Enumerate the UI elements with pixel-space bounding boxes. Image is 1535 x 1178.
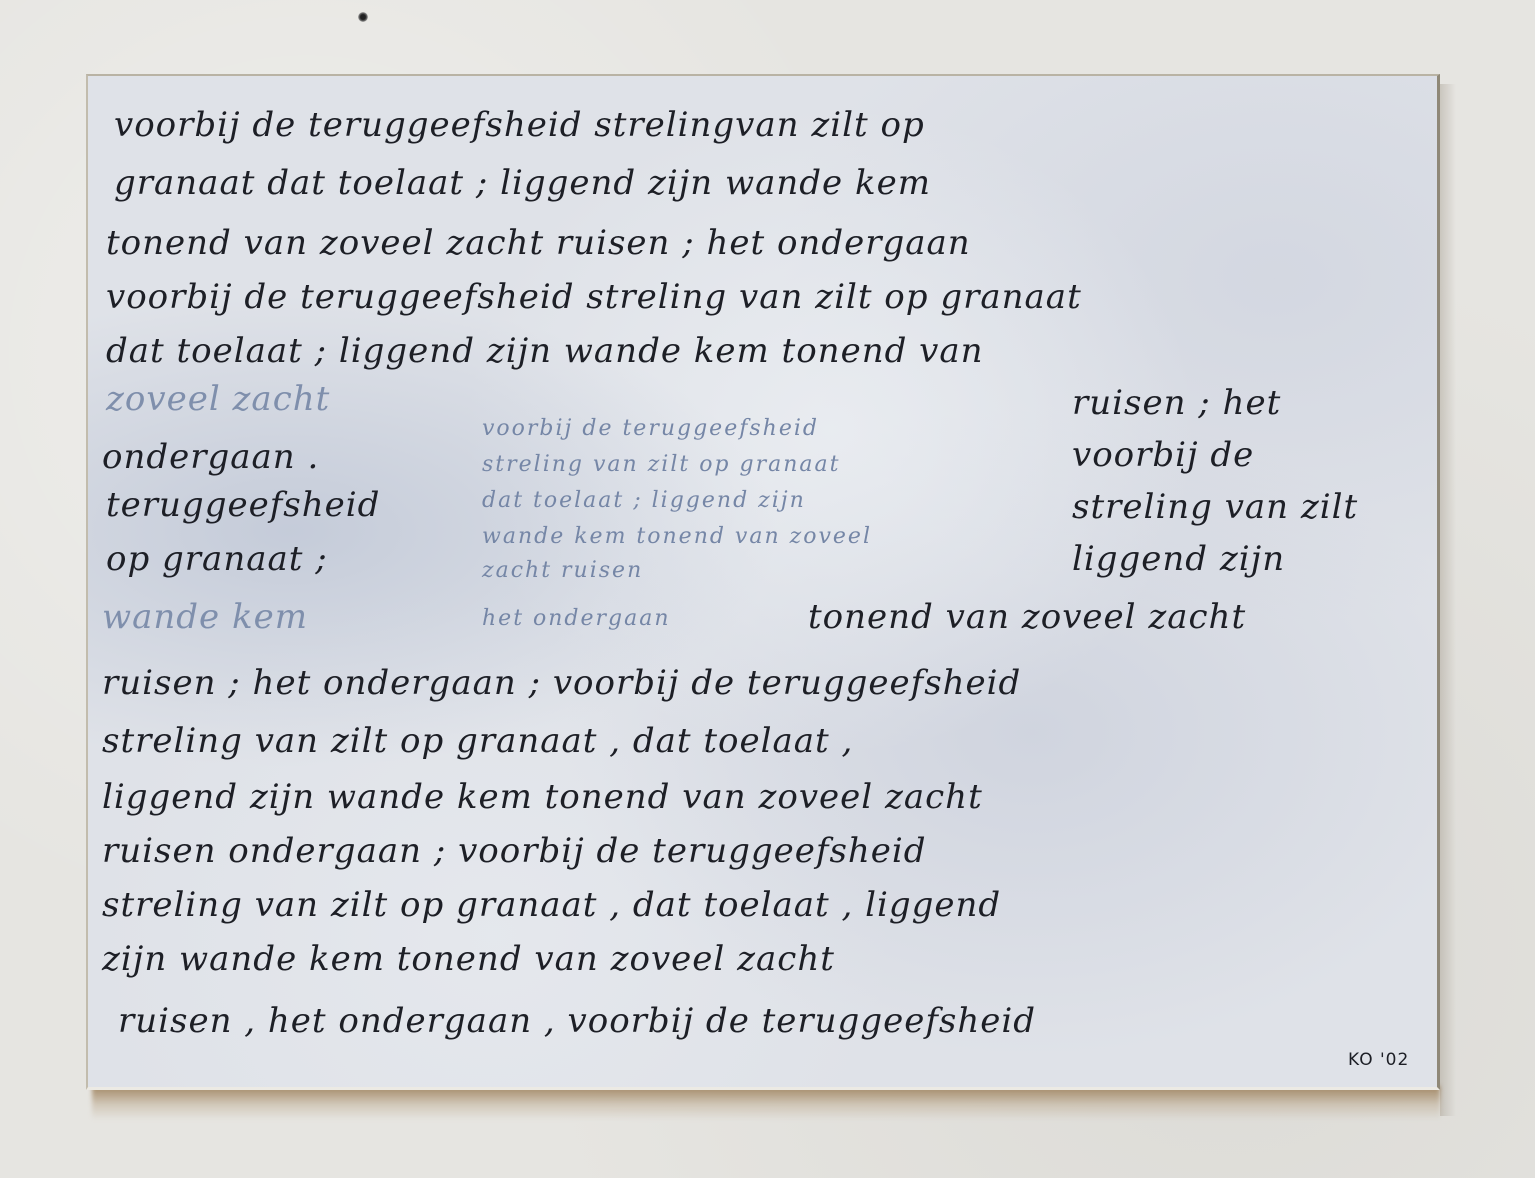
text-line: zoveel zacht [106, 382, 330, 416]
faint-text-line: het ondergaan [482, 608, 671, 630]
text-line: ruisen ; het [1072, 386, 1281, 420]
text-line: voorbij de teruggeefsheid strelingvan zi… [114, 108, 925, 142]
board-shadow-right [1440, 84, 1456, 1116]
faint-text-line: streling van zilt op granaat [482, 454, 840, 476]
wall-nail [358, 12, 368, 22]
text-line: zijn wande kem tonend van zoveel zacht [102, 942, 835, 976]
text-line: streling van zilt [1072, 490, 1358, 524]
text-line: tonend van zoveel zacht ruisen ; het ond… [106, 226, 971, 260]
painted-board: voorbij de teruggeefsheid strelingvan zi… [86, 74, 1440, 1090]
text-line: voorbij de [1072, 438, 1254, 472]
text-line: liggend zijn wande kem tonend van zoveel… [102, 780, 983, 814]
text-line: wande kem [102, 600, 308, 634]
text-line: streling van zilt op granaat , dat toela… [102, 724, 853, 758]
faint-text-line: wande kem tonend van zoveel [482, 526, 872, 548]
text-line: voorbij de teruggeefsheid streling van z… [106, 280, 1082, 314]
text-line: op granaat ; [106, 542, 328, 576]
text-line: teruggeefsheid [106, 488, 380, 522]
board-shadow-bottom [92, 1086, 1440, 1120]
faint-text-line: voorbij de teruggeefsheid [482, 418, 819, 440]
faint-text-line: dat toelaat ; liggend zijn [482, 490, 806, 512]
faint-text-line: zacht ruisen [482, 560, 643, 582]
text-line: ruisen , het ondergaan , voorbij de teru… [118, 1004, 1036, 1038]
text-line: tonend van zoveel zacht [808, 600, 1246, 634]
text-line: dat toelaat ; liggend zijn wande kem ton… [106, 334, 984, 368]
text-line: granaat dat toelaat ; liggend zijn wande… [114, 166, 931, 200]
text-line: liggend zijn [1072, 542, 1285, 576]
text-line: ondergaan . [102, 440, 319, 474]
text-line: ruisen ; het ondergaan ; voorbij de teru… [102, 666, 1021, 700]
artist-signature: KO '02 [1348, 1050, 1409, 1070]
text-line: ruisen ondergaan ; voorbij de teruggeefs… [102, 834, 927, 868]
text-line: streling van zilt op granaat , dat toela… [102, 888, 1001, 922]
